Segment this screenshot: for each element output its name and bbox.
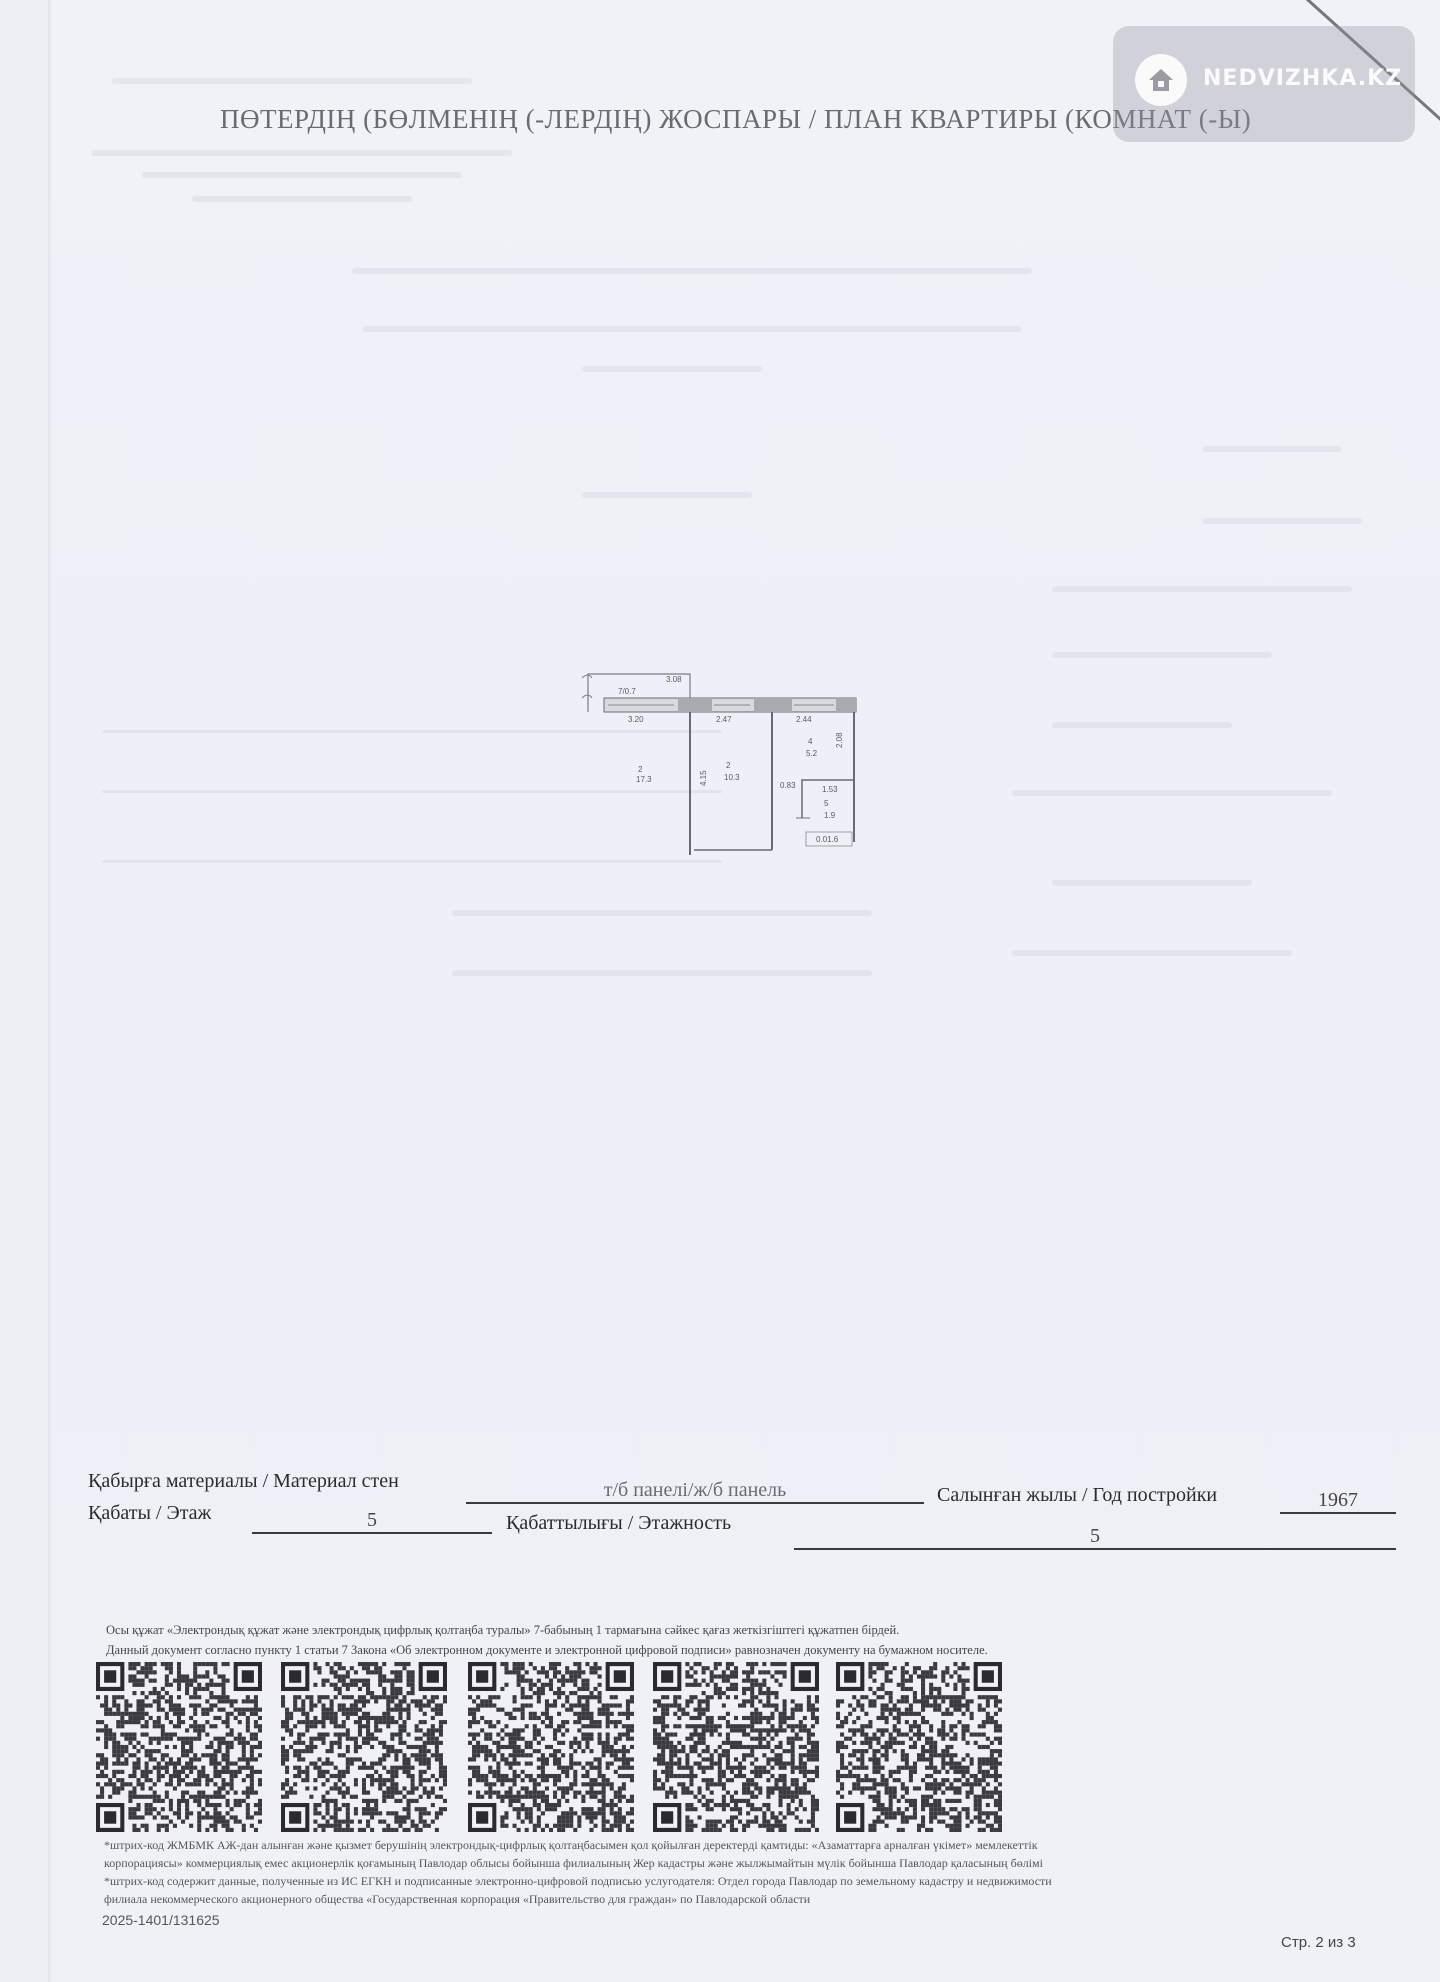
dimension-label: 1.53 bbox=[822, 785, 838, 794]
qr-code bbox=[836, 1662, 1002, 1832]
page-indicator: Стр. 2 из 3 bbox=[1281, 1934, 1356, 1951]
legal-notice-kz: Осы құжат «Электрондық құжат және электр… bbox=[106, 1622, 899, 1639]
room-number: 2 bbox=[726, 761, 731, 770]
ghost-text bbox=[582, 366, 762, 372]
dimension-label: 0.83 bbox=[780, 781, 796, 790]
year-built-value: 1967 bbox=[1280, 1488, 1396, 1514]
ghost-text bbox=[582, 492, 752, 498]
ghost-text bbox=[452, 970, 872, 976]
corridor-label: 0.01.6 bbox=[816, 835, 839, 844]
room-area: 1.9 bbox=[824, 811, 836, 820]
house-icon bbox=[1135, 54, 1187, 106]
room-area: 10.3 bbox=[724, 773, 740, 782]
dimension-label: 2.47 bbox=[716, 715, 732, 724]
dimension-label: 4.15 bbox=[699, 770, 708, 786]
ghost-text bbox=[452, 910, 872, 916]
ghost-text bbox=[1202, 518, 1362, 524]
document-number: 2025-1401/131625 bbox=[102, 1912, 220, 1928]
footnote-line: *штрих-код ЖМБМК АЖ-дан алынған және қыз… bbox=[104, 1836, 1374, 1854]
qr-code bbox=[96, 1662, 262, 1832]
ghost-rule bbox=[102, 860, 722, 863]
dimension-label: 3.08 bbox=[666, 675, 682, 684]
room-number: 2 bbox=[638, 765, 643, 774]
ghost-text bbox=[362, 326, 1022, 332]
room-area: 5.2 bbox=[806, 749, 818, 758]
floors-total-label: Қабаттылығы / Этажность bbox=[506, 1512, 731, 1535]
room-number: 5 bbox=[824, 799, 829, 808]
footnote-line: филиала некоммерческого акционерного общ… bbox=[104, 1890, 1374, 1908]
footnote-line: корпорациясы» коммерциялық емес акционер… bbox=[104, 1854, 1374, 1872]
ghost-text bbox=[352, 268, 1032, 274]
watermark-badge: NEDVIZHKA.KZ bbox=[1113, 26, 1415, 142]
ghost-text bbox=[112, 78, 472, 84]
legal-notice-ru: Данный документ согласно пункту 1 статьи… bbox=[106, 1642, 988, 1659]
ghost-text bbox=[92, 150, 512, 156]
qr-code bbox=[281, 1662, 447, 1832]
watermark-brand: NEDVIZHKA.KZ bbox=[1203, 66, 1402, 91]
wall-material-value: т/б панелі/ж/б панель bbox=[466, 1478, 924, 1504]
floor-label: Қабаты / Этаж bbox=[88, 1502, 211, 1525]
ghost-text bbox=[1052, 722, 1232, 728]
dimension-label: 2.08 bbox=[835, 732, 844, 748]
room-number: 4 bbox=[808, 737, 813, 746]
ghost-text bbox=[1012, 950, 1292, 956]
barcode-footnote: *штрих-код ЖМБМК АЖ-дан алынған және қыз… bbox=[104, 1836, 1374, 1908]
floors-total-value: 5 bbox=[794, 1524, 1396, 1550]
ghost-text bbox=[1012, 790, 1332, 796]
ghost-text bbox=[1052, 880, 1252, 886]
ghost-text bbox=[1052, 652, 1272, 658]
qr-code bbox=[468, 1662, 634, 1832]
ghost-text bbox=[192, 196, 412, 202]
qr-code bbox=[653, 1662, 819, 1832]
ghost-text bbox=[142, 172, 462, 178]
footnote-line: *штрих-код содержит данные, полученные и… bbox=[104, 1872, 1374, 1890]
dimension-label: 3.20 bbox=[628, 715, 644, 724]
ghost-text bbox=[1052, 586, 1352, 592]
room-area: 17.3 bbox=[636, 775, 652, 784]
ghost-text bbox=[1202, 446, 1342, 452]
dimension-label: 2.44 bbox=[796, 715, 812, 724]
year-built-label: Салынған жылы / Год постройки bbox=[937, 1484, 1217, 1507]
floor-plan: 7/0.7 3.08 3.20 2.47 2.44 2.08 4.15 0.83… bbox=[578, 660, 868, 860]
floor-value: 5 bbox=[252, 1508, 492, 1534]
wall-material-label: Қабырға материалы / Материал стен bbox=[88, 1470, 399, 1493]
balcony-label: 7/0.7 bbox=[618, 687, 636, 696]
